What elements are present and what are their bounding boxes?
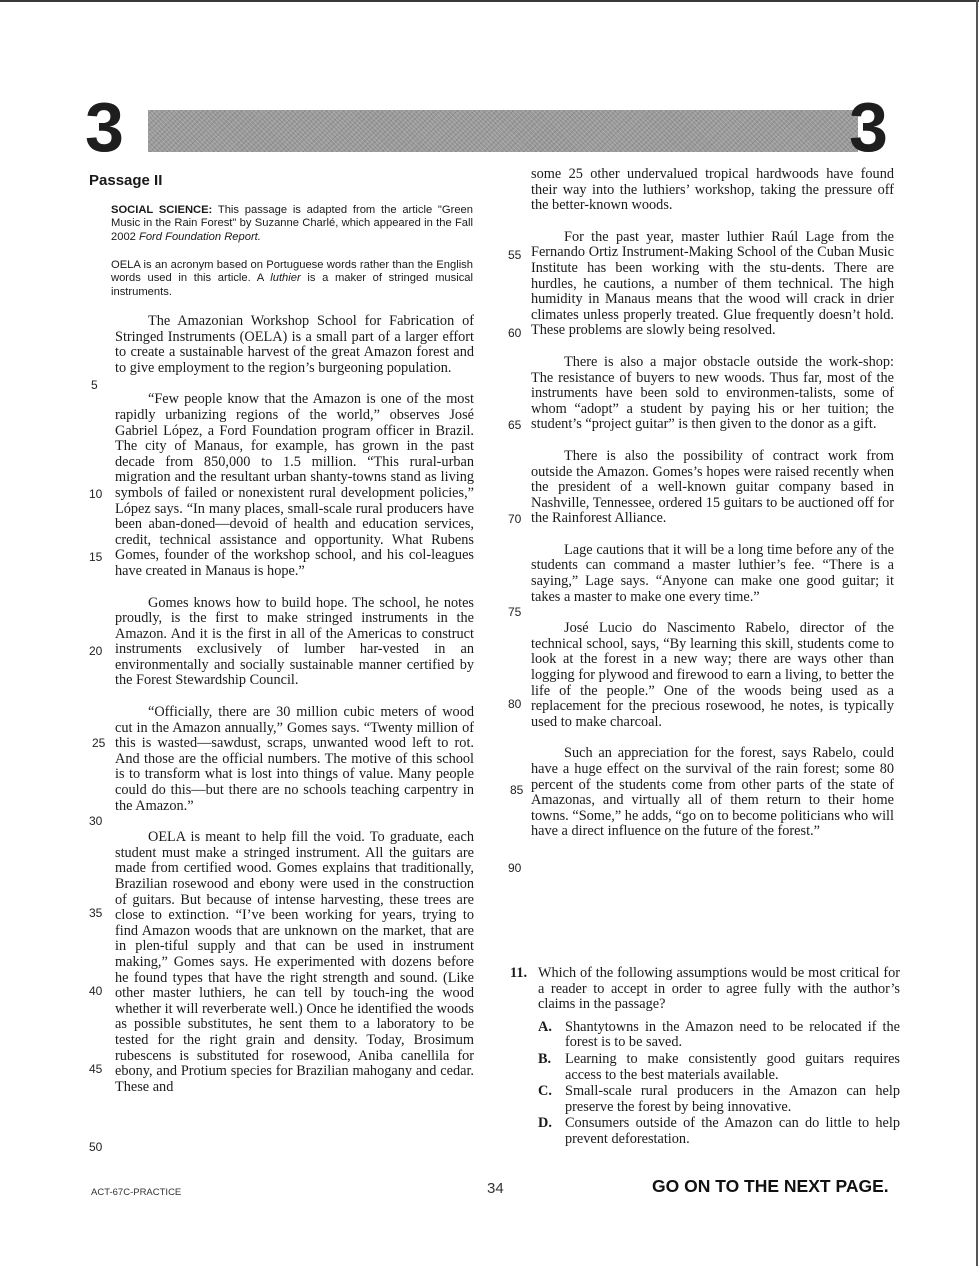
section-header-band (148, 110, 858, 152)
line-number: 80 (508, 697, 521, 711)
choice-letter: B. (538, 1052, 565, 1083)
passage-column-right: some 25 other undervalued tropical hardw… (531, 167, 894, 856)
intro-source: Ford Foundation Report. (139, 231, 261, 243)
choice-letter: A. (538, 1020, 565, 1051)
line-number: 50 (89, 1140, 102, 1154)
choice-text: Small-scale rural producers in the Amazo… (565, 1084, 900, 1115)
answer-choice-d[interactable]: D. Consumers outside of the Amazon can d… (538, 1116, 900, 1147)
choice-text: Learning to make consistently good guita… (565, 1052, 900, 1083)
passage-paragraph: “Few people know that the Amazon is one … (115, 392, 474, 579)
passage-paragraph: José Lucio do Nascimento Rabelo, directo… (531, 621, 894, 730)
page-right-border (976, 0, 978, 1266)
line-number: 20 (89, 644, 102, 658)
answer-choices: A. Shantytowns in the Amazon need to be … (538, 1020, 900, 1148)
passage-paragraph: OELA is meant to help fill the void. To … (115, 830, 474, 1095)
line-number: 65 (508, 418, 521, 432)
intro-label: SOCIAL SCIENCE: (111, 204, 212, 216)
passage-paragraph: There is also a major obstacle outside t… (531, 355, 894, 433)
question-stem: Which of the following assumptions would… (538, 966, 900, 1013)
page-top-border (0, 0, 979, 2)
choice-letter: D. (538, 1116, 565, 1147)
choice-text: Shantytowns in the Amazon need to be rel… (565, 1020, 900, 1051)
answer-choice-b[interactable]: B. Learning to make consistently good gu… (538, 1052, 900, 1083)
answer-choice-a[interactable]: A. Shantytowns in the Amazon need to be … (538, 1020, 900, 1051)
line-number: 85 (510, 783, 523, 797)
go-on-notice: GO ON TO THE NEXT PAGE. (652, 1176, 889, 1197)
line-number: 75 (508, 605, 521, 619)
choice-text: Consumers outside of the Amazon can do l… (565, 1116, 900, 1147)
question-number: 11. (510, 966, 538, 1013)
note-term: luthier (270, 272, 300, 284)
choice-letter: C. (538, 1084, 565, 1115)
question-11: 11. Which of the following assumptions w… (510, 966, 900, 1149)
line-number: 10 (89, 487, 102, 501)
passage-paragraph: “Officially, there are 30 million cubic … (115, 705, 474, 814)
passage-column-left: The Amazonian Workshop School for Fabric… (115, 314, 474, 1111)
line-number: 55 (508, 248, 521, 262)
passage-title: Passage II (89, 172, 162, 189)
line-number: 45 (89, 1062, 102, 1076)
passage-paragraph: There is also the possibility of contrac… (531, 449, 894, 527)
line-number: 30 (89, 814, 102, 828)
section-number-right: 3 (849, 96, 888, 158)
passage-paragraph: some 25 other undervalued tropical hardw… (531, 167, 894, 214)
passage-source-intro: SOCIAL SCIENCE: This passage is adapted … (111, 204, 473, 244)
passage-paragraph: The Amazonian Workshop School for Fabric… (115, 314, 474, 376)
line-number: 35 (89, 906, 102, 920)
passage-paragraph: Gomes knows how to build hope. The schoo… (115, 596, 474, 690)
passage-paragraph: Such an appreciation for the forest, say… (531, 746, 894, 840)
passage-paragraph: For the past year, master luthier Raúl L… (531, 230, 894, 339)
section-number-left: 3 (85, 96, 124, 158)
line-number: 90 (508, 861, 521, 875)
line-number: 70 (508, 512, 521, 526)
line-number: 5 (91, 378, 98, 392)
form-code: ACT-67C-PRACTICE (91, 1187, 181, 1198)
line-number: 40 (89, 984, 102, 998)
passage-note: OELA is an acronym based on Portuguese w… (111, 259, 473, 299)
line-number: 60 (508, 326, 521, 340)
page-number: 34 (487, 1180, 504, 1197)
line-number: 25 (92, 736, 105, 750)
passage-paragraph: Lage cautions that it will be a long tim… (531, 543, 894, 605)
answer-choice-c[interactable]: C. Small-scale rural producers in the Am… (538, 1084, 900, 1115)
line-number: 15 (89, 550, 102, 564)
